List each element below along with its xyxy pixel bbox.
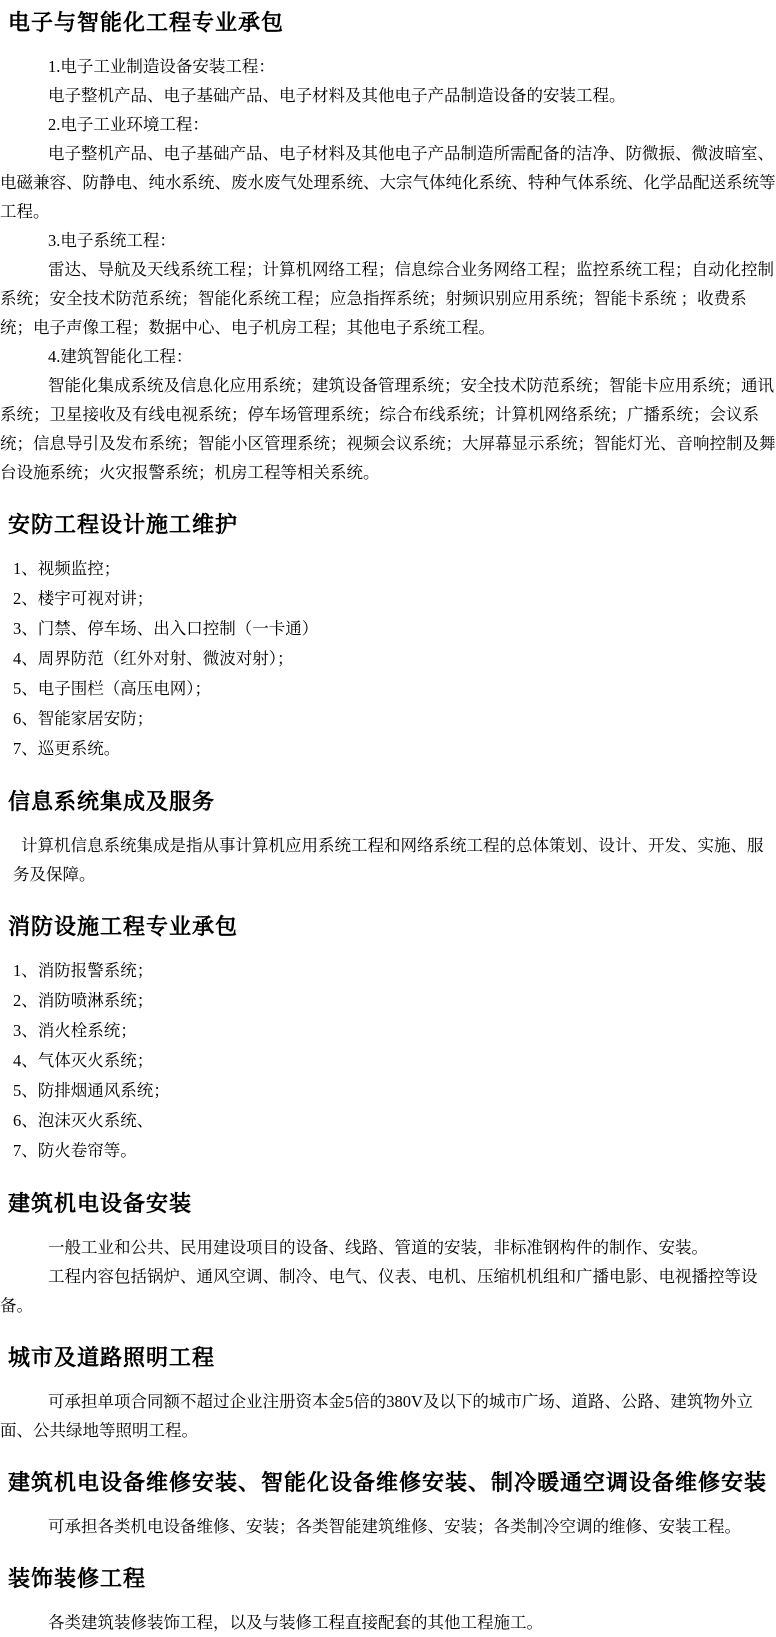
document-page: 电子与智能化工程专业承包 1.电子工业制造设备安装工程： 电子整机产品、电子基础… bbox=[0, 0, 776, 1637]
section-heading: 消防设施工程专业承包 bbox=[8, 914, 776, 940]
section-decoration-engineering: 装饰装修工程 各类建筑装修装饰工程，以及与装修工程直接配套的其他工程施工。 bbox=[0, 1566, 776, 1637]
list-item: 1、视频监控； bbox=[13, 554, 776, 584]
section-heading: 建筑机电设备安装 bbox=[8, 1191, 776, 1217]
numbered-list: 1、消防报警系统； 2、消防喷淋系统； 3、消火栓系统； 4、气体灭火系统； 5… bbox=[0, 956, 776, 1166]
section-mechanical-electrical-installation: 建筑机电设备安装 一般工业和公共、民用建设项目的设备、线路、管道的安装，非标准钢… bbox=[0, 1191, 776, 1320]
list-item: 7、巡更系统。 bbox=[13, 734, 776, 764]
paragraph: 2.电子工业环境工程： bbox=[0, 110, 776, 139]
section-equipment-maintenance-installation: 建筑机电设备维修安装、智能化设备维修安装、制冷暖通空调设备维修安装 可承担各类机… bbox=[0, 1470, 776, 1541]
list-item: 3、消火栓系统； bbox=[13, 1016, 776, 1046]
list-item: 1、消防报警系统； bbox=[13, 956, 776, 986]
section-heading: 城市及道路照明工程 bbox=[8, 1345, 776, 1371]
paragraph: 各类建筑装修装饰工程，以及与装修工程直接配套的其他工程施工。 bbox=[0, 1608, 776, 1637]
paragraph: 计算机信息系统集成是指从事计算机应用系统工程和网络系统工程的总体策划、设计、开发… bbox=[13, 831, 776, 889]
paragraph: 电子整机产品、电子基础产品、电子材料及其他电子产品制造设备的安装工程。 bbox=[0, 81, 776, 110]
section-heading: 电子与智能化工程专业承包 bbox=[8, 10, 776, 36]
paragraph: 1.电子工业制造设备安装工程： bbox=[0, 52, 776, 81]
section-electronic-intelligent-contracting: 电子与智能化工程专业承包 1.电子工业制造设备安装工程： 电子整机产品、电子基础… bbox=[0, 10, 776, 487]
paragraph: 雷达、导航及天线系统工程；计算机网络工程；信息综合业务网络工程；监控系统工程；自… bbox=[0, 255, 776, 342]
section-security-engineering: 安防工程设计施工维护 1、视频监控； 2、楼宇可视对讲； 3、门禁、停车场、出入… bbox=[0, 512, 776, 764]
paragraph: 电子整机产品、电子基础产品、电子材料及其他电子产品制造所需配备的洁净、防微振、微… bbox=[0, 139, 776, 226]
list-item: 2、楼宇可视对讲； bbox=[13, 584, 776, 614]
list-item: 6、泡沫灭火系统、 bbox=[13, 1106, 776, 1136]
section-heading: 信息系统集成及服务 bbox=[8, 789, 776, 815]
list-item: 5、电子围栏（高压电网）； bbox=[13, 674, 776, 704]
section-heading: 安防工程设计施工维护 bbox=[8, 512, 776, 538]
list-item: 4、周界防范（红外对射、微波对射）； bbox=[13, 644, 776, 674]
paragraph: 可承担单项合同额不超过企业注册资本金5倍的380V及以下的城市广场、道路、公路、… bbox=[0, 1387, 776, 1445]
section-city-road-lighting: 城市及道路照明工程 可承担单项合同额不超过企业注册资本金5倍的380V及以下的城… bbox=[0, 1345, 776, 1445]
list-item: 6、智能家居安防； bbox=[13, 704, 776, 734]
numbered-list: 1、视频监控； 2、楼宇可视对讲； 3、门禁、停车场、出入口控制（一卡通） 4、… bbox=[0, 554, 776, 764]
section-heading: 装饰装修工程 bbox=[8, 1566, 776, 1592]
paragraph: 可承担各类机电设备维修、安装；各类智能建筑维修、安装；各类制冷空调的维修、安装工… bbox=[0, 1512, 776, 1541]
paragraph: 智能化集成系统及信息化应用系统；建筑设备管理系统；安全技术防范系统；智能卡应用系… bbox=[0, 371, 776, 487]
list-item: 5、防排烟通风系统； bbox=[13, 1076, 776, 1106]
list-item: 2、消防喷淋系统； bbox=[13, 986, 776, 1016]
section-information-system-integration: 信息系统集成及服务 计算机信息系统集成是指从事计算机应用系统工程和网络系统工程的… bbox=[0, 789, 776, 889]
paragraph: 一般工业和公共、民用建设项目的设备、线路、管道的安装，非标准钢构件的制作、安装。 bbox=[0, 1233, 776, 1262]
list-item: 4、气体灭火系统； bbox=[13, 1046, 776, 1076]
paragraph: 4.建筑智能化工程： bbox=[0, 342, 776, 371]
list-item: 7、防火卷帘等。 bbox=[13, 1136, 776, 1166]
paragraph: 3.电子系统工程： bbox=[0, 226, 776, 255]
list-item: 3、门禁、停车场、出入口控制（一卡通） bbox=[13, 614, 776, 644]
section-heading: 建筑机电设备维修安装、智能化设备维修安装、制冷暖通空调设备维修安装 bbox=[8, 1470, 776, 1496]
paragraph: 工程内容包括锅炉、通风空调、制冷、电气、仪表、电机、压缩机机组和广播电影、电视播… bbox=[0, 1262, 776, 1320]
section-fire-protection-contracting: 消防设施工程专业承包 1、消防报警系统； 2、消防喷淋系统； 3、消火栓系统； … bbox=[0, 914, 776, 1166]
